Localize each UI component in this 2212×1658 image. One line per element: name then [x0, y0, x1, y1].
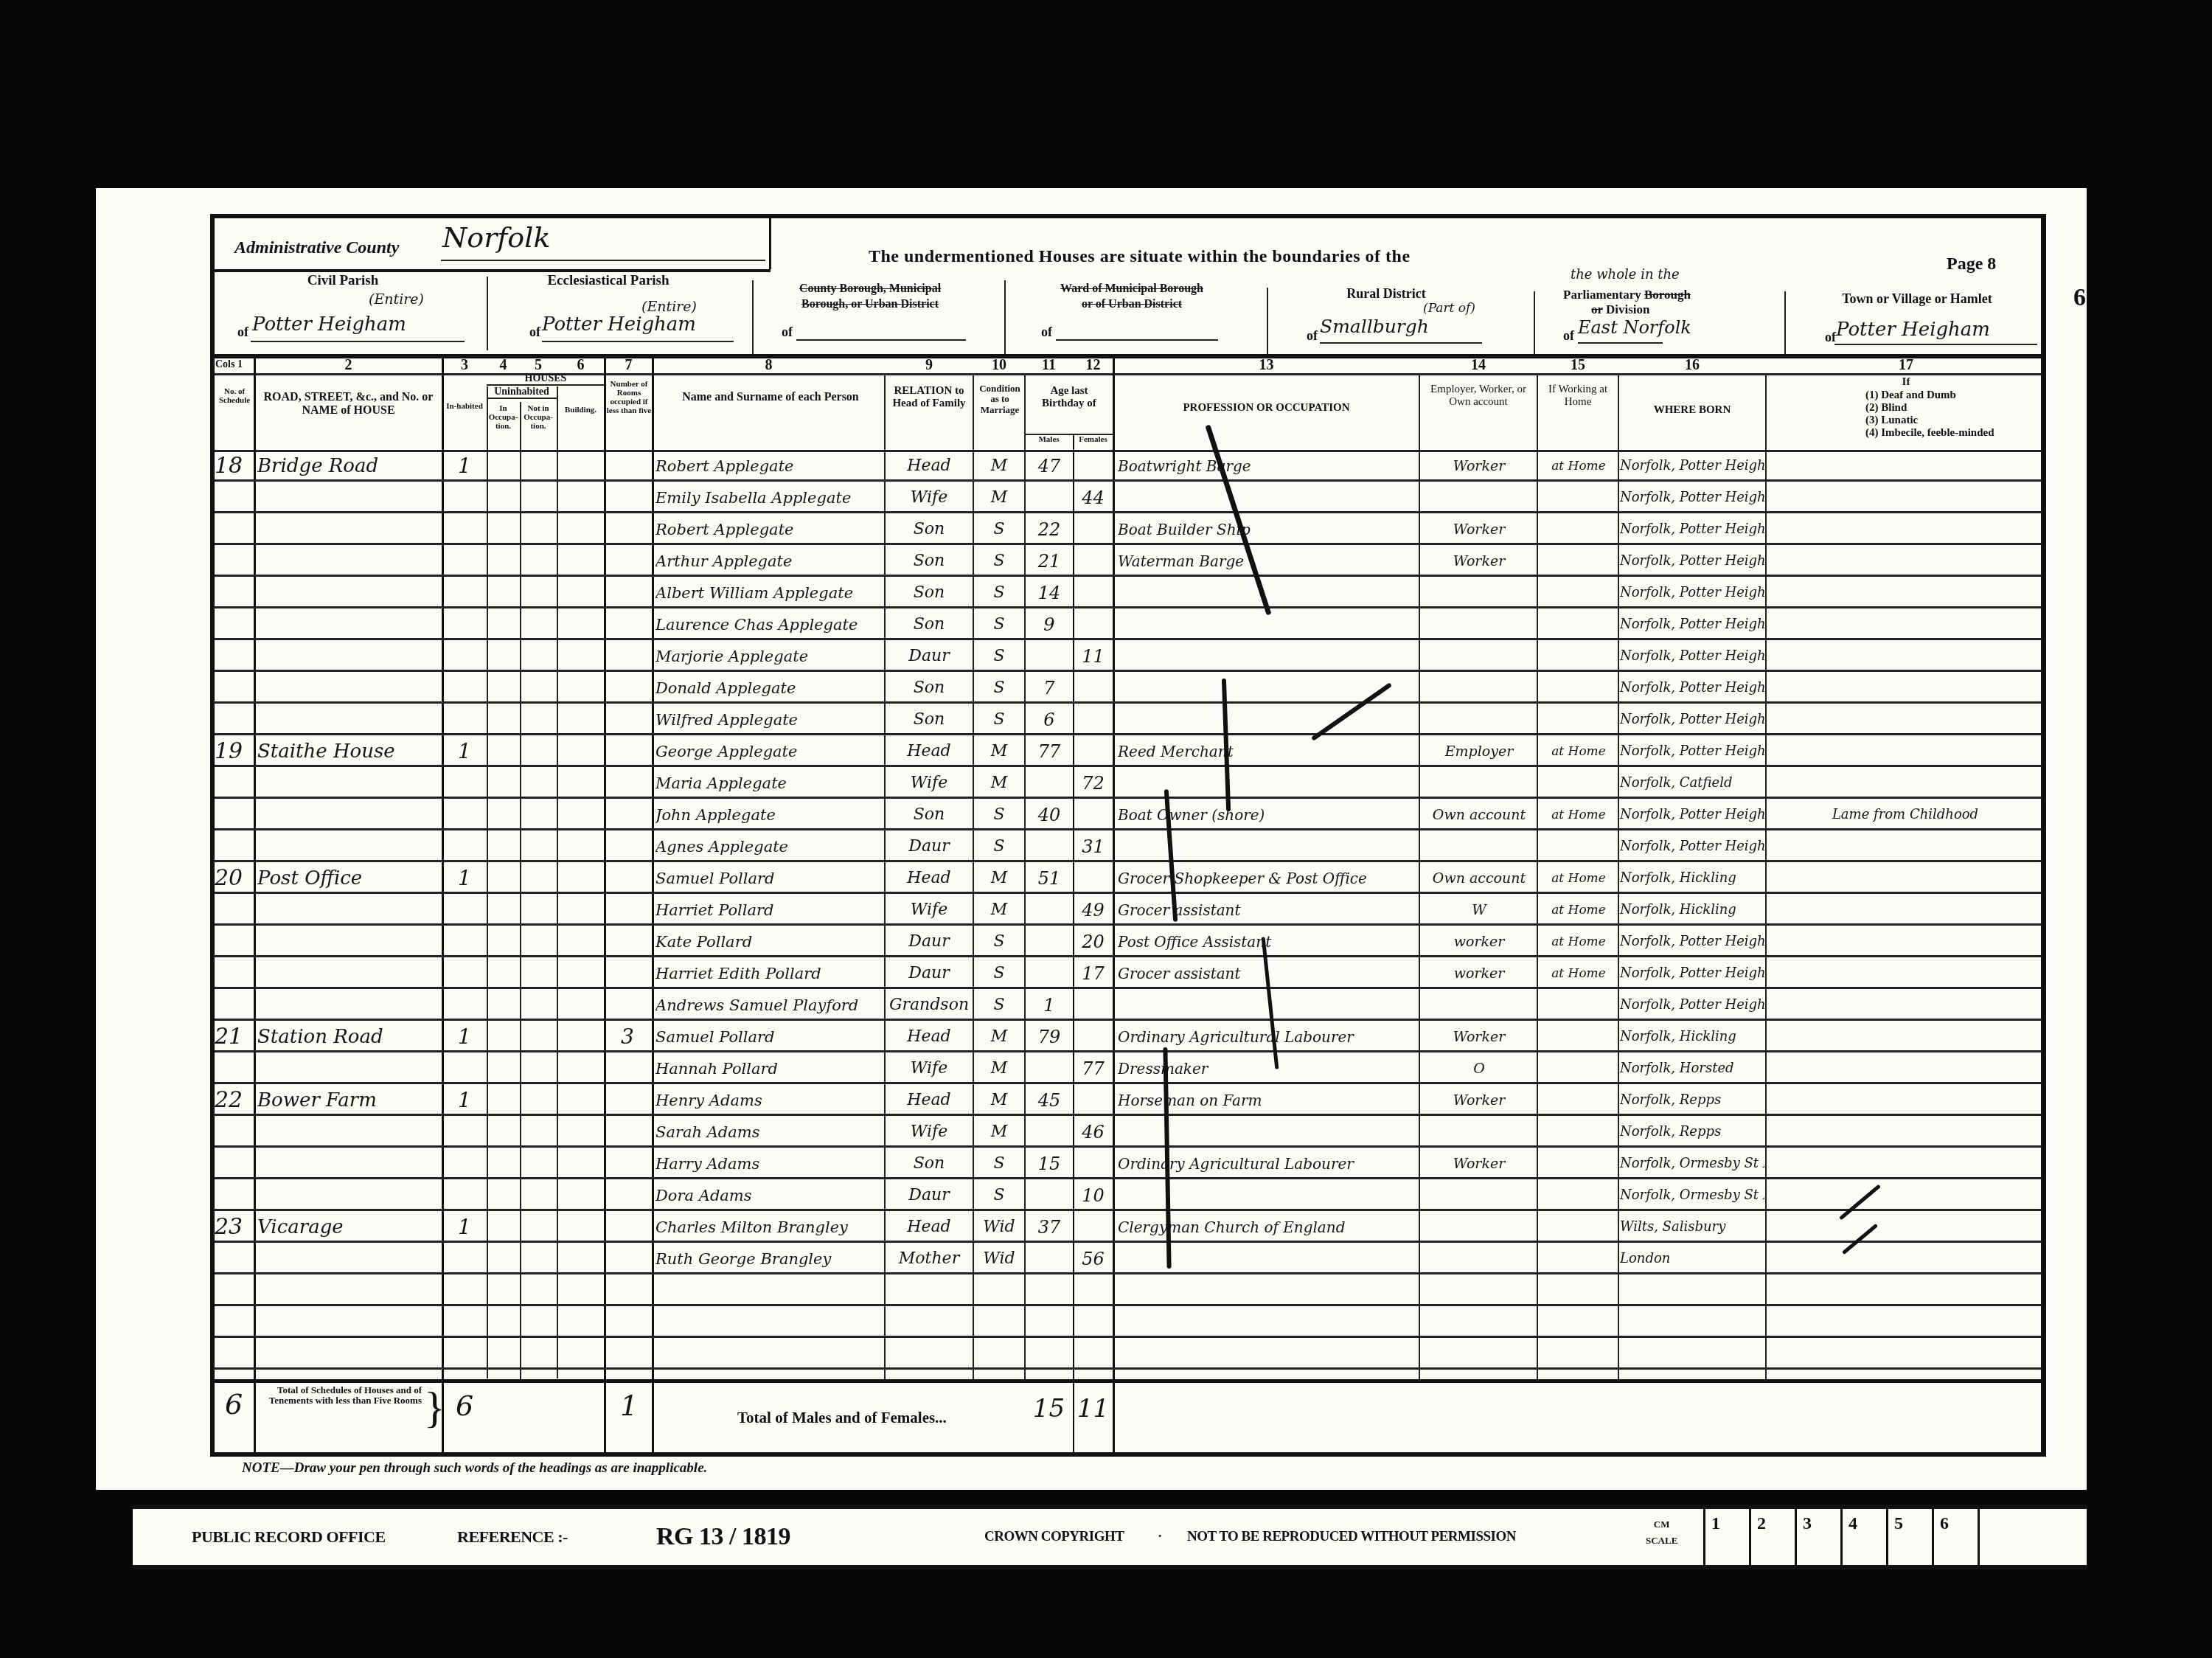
cell-rooms: [605, 1182, 650, 1210]
cell-employment: [1421, 991, 1537, 1019]
cell-schedule: 23: [215, 1213, 254, 1241]
cell-name: Harriet Edith Pollard: [655, 960, 880, 988]
cell-employment: [1421, 833, 1537, 861]
cell-occupation: [1118, 1245, 1416, 1273]
cell-inhabited: [443, 1055, 486, 1083]
cell-age-f: 72: [1074, 769, 1113, 797]
cell-infirmity: [1769, 1308, 2042, 1336]
scale-label-scale: SCALE: [1646, 1533, 1677, 1549]
scale-mark: 4: [1840, 1509, 1885, 1565]
cell-age-f: [1074, 1277, 1113, 1305]
colnum-3: 3: [442, 357, 487, 374]
cell-relation: Grandson: [886, 991, 973, 1019]
cell-inhabited: 1: [443, 1086, 486, 1114]
table-row: Donald ApplegateSonS7Norfolk, Potter Hei…: [215, 673, 2042, 704]
cell-born: Norfolk, Repps: [1620, 1118, 1764, 1146]
footer-office: PUBLIC RECORD OFFICE: [192, 1509, 386, 1565]
cell-name: Albert William Applegate: [655, 579, 880, 607]
cell-age-f: [1074, 1308, 1113, 1336]
cell-address: Bridge Road: [257, 452, 442, 480]
cell-age-f: 11: [1074, 642, 1113, 670]
cell-address: [257, 928, 442, 956]
col-header-infirmity-if: If: [1766, 376, 2046, 389]
cell-name: Andrews Samuel Playford: [655, 991, 880, 1019]
cell-at-home: [1539, 1277, 1618, 1305]
cell-age-f: [1074, 1340, 1113, 1368]
cell-schedule: [215, 516, 254, 544]
cell-age-f: 20: [1074, 928, 1113, 956]
cell-relation: Daur: [886, 833, 973, 861]
cell-occupation: Post Office Assistant: [1118, 928, 1416, 956]
cell-at-home: [1539, 1182, 1618, 1210]
cell-age-f: [1074, 738, 1113, 766]
cell-inhabited: [443, 516, 486, 544]
header-divider: [1534, 291, 1535, 354]
cell-born: Norfolk, Potter Heigham: [1620, 991, 1764, 1019]
cell-address: [257, 1150, 442, 1178]
cell-at-home: [1539, 579, 1618, 607]
cell-occupation: Boatwright Barge: [1118, 452, 1416, 480]
cell-infirmity: [1769, 547, 2042, 575]
county-borough-underline: [796, 339, 966, 341]
cell-born: Norfolk, Ormesby St Michael: [1620, 1150, 1764, 1178]
cell-occupation: Ordinary Agricultural Labourer: [1118, 1023, 1416, 1051]
parliamentary-label-2: or Division: [1591, 302, 1650, 317]
persons-total-label: Total of Males and of Females...: [737, 1409, 947, 1427]
cell-schedule: [215, 1308, 254, 1336]
cell-address: [257, 1277, 442, 1305]
cell-inhabited: [443, 1150, 486, 1178]
cell-condition: S: [974, 1182, 1024, 1210]
parliamentary-label-1: Parliamentary Borough: [1563, 288, 1691, 302]
cell-name: Robert Applegate: [655, 516, 880, 544]
footer-permission: NOT TO BE REPRODUCED WITHOUT PERMISSION: [1187, 1509, 1516, 1565]
cell-condition: [974, 1308, 1024, 1336]
table-row: Emily Isabella ApplegateWifeM44Norfolk, …: [215, 482, 2042, 513]
eccl-parish-prefix: of: [529, 325, 540, 340]
colnum-14: 14: [1419, 357, 1537, 374]
schedules-total-label: Total of Schedules of Houses and of Tene…: [258, 1385, 422, 1406]
cell-infirmity: [1769, 738, 2042, 766]
header-rule: [215, 269, 771, 272]
col-header-inhabited: In-habited: [442, 402, 487, 411]
cell-at-home: [1539, 611, 1618, 639]
cell-age-f: [1074, 864, 1113, 892]
cell-rooms: [605, 1213, 650, 1241]
cell-schedule: [215, 801, 254, 829]
cell-rooms: [605, 864, 650, 892]
cell-rooms: [605, 1118, 650, 1146]
cell-rooms: [605, 516, 650, 544]
cell-rooms: [605, 928, 650, 956]
cell-born: Norfolk, Potter Heigham: [1620, 706, 1764, 734]
cell-address: [257, 674, 442, 702]
cell-inhabited: [443, 706, 486, 734]
cell-name: [655, 1340, 880, 1368]
cell-age-f: [1074, 579, 1113, 607]
scale-mark: 6: [1932, 1509, 1976, 1565]
cell-infirmity: [1769, 516, 2042, 544]
cell-condition: S: [974, 579, 1024, 607]
infirmity-option-2: (2) Blind: [1865, 402, 1994, 414]
cell-rooms: [605, 1277, 650, 1305]
page-label-text: Page: [1947, 254, 1983, 274]
cell-inhabited: [443, 642, 486, 670]
cell-occupation: [1118, 1277, 1416, 1305]
county-borough-prefix: of: [782, 325, 793, 340]
cell-at-home: [1539, 547, 1618, 575]
cell-inhabited: [443, 547, 486, 575]
cell-address: [257, 833, 442, 861]
cell-rooms: [605, 769, 650, 797]
cell-name: Henry Adams: [655, 1086, 880, 1114]
col-header-schedule: No. of Schedule: [215, 387, 254, 405]
cell-name: [655, 1308, 880, 1336]
cell-name: Hannah Pollard: [655, 1055, 880, 1083]
cell-condition: M: [974, 896, 1024, 924]
rural-district-note: (Part of): [1423, 301, 1475, 316]
cell-age-m: 1: [1026, 991, 1073, 1019]
cell-rooms: [605, 611, 650, 639]
cell-age-m: 21: [1026, 547, 1073, 575]
colnum-1: Cols 1: [215, 359, 243, 371]
cell-age-f: [1074, 611, 1113, 639]
cell-address: [257, 1182, 442, 1210]
table-row: 23Vicarage1Charles Milton BrangleyHeadWi…: [215, 1212, 2042, 1243]
cell-inhabited: [443, 960, 486, 988]
county-borough-label-2: Borough, or Urban District: [759, 298, 981, 311]
cell-at-home: at Home: [1539, 452, 1618, 480]
table-row: 18Bridge Road1Robert ApplegateHeadM47Boa…: [215, 451, 2042, 482]
cell-schedule: [215, 1055, 254, 1083]
cell-age-m: [1026, 960, 1073, 988]
cell-rooms: [605, 1340, 650, 1368]
cell-name: Sarah Adams: [655, 1118, 880, 1146]
town-underline: [1834, 344, 2037, 345]
cell-schedule: [215, 896, 254, 924]
cell-infirmity: [1769, 452, 2042, 480]
cell-schedule: [215, 1245, 254, 1273]
cell-name: Samuel Pollard: [655, 1023, 880, 1051]
scale-label: CM SCALE: [1646, 1516, 1677, 1549]
cell-infirmity: [1769, 1118, 2042, 1146]
colnum-7: 7: [605, 357, 653, 374]
cell-born: Norfolk, Potter Heigham: [1620, 928, 1764, 956]
cell-schedule: [215, 960, 254, 988]
cell-age-m: 79: [1026, 1023, 1073, 1051]
cell-at-home: [1539, 1150, 1618, 1178]
cell-age-m: [1026, 1245, 1073, 1273]
colnum-15: 15: [1537, 357, 1618, 374]
cell-address: [257, 801, 442, 829]
cell-employment: Own account: [1421, 864, 1537, 892]
cell-employment: [1421, 1182, 1537, 1210]
table-row: Dora AdamsDaurS10Norfolk, Ormesby St Mic…: [215, 1180, 2042, 1211]
cell-condition: S: [974, 706, 1024, 734]
cell-infirmity: [1769, 484, 2042, 512]
cell-rooms: [605, 738, 650, 766]
cell-relation: Head: [886, 452, 973, 480]
col-header-males: Males: [1025, 434, 1073, 444]
cell-employment: worker: [1421, 928, 1537, 956]
cell-name: Agnes Applegate: [655, 833, 880, 861]
cell-schedule: [215, 991, 254, 1019]
cell-employment: O: [1421, 1055, 1537, 1083]
cell-born: Norfolk, Potter Heigham: [1620, 960, 1764, 988]
cell-at-home: [1539, 1245, 1618, 1273]
header-divider: [1267, 288, 1268, 354]
scale-mark: 3: [1795, 1509, 1839, 1565]
col-header-not-in-occupation: Not in Occupa-tion.: [520, 404, 557, 431]
cell-age-m: 9: [1026, 611, 1073, 639]
cell-inhabited: [443, 611, 486, 639]
cell-at-home: at Home: [1539, 960, 1618, 988]
cell-rooms: [605, 674, 650, 702]
cell-schedule: [215, 769, 254, 797]
cell-rooms: [605, 1308, 650, 1336]
cell-age-f: 17: [1074, 960, 1113, 988]
cell-age-m: 22: [1026, 516, 1073, 544]
cell-employment: Worker: [1421, 547, 1537, 575]
civil-parish-prefix: of: [237, 325, 248, 340]
col-header-where-born: WHERE BORN: [1618, 404, 1766, 417]
cell-at-home: [1539, 1340, 1618, 1368]
cell-schedule: [215, 1277, 254, 1305]
cell-born: Norfolk, Hickling: [1620, 864, 1764, 892]
folio-number: 6: [2073, 284, 2086, 312]
cell-relation: Son: [886, 516, 973, 544]
cell-employment: worker: [1421, 960, 1537, 988]
cell-condition: M: [974, 484, 1024, 512]
cell-rooms: [605, 642, 650, 670]
cell-infirmity: [1769, 864, 2042, 892]
cell-condition: S: [974, 674, 1024, 702]
cell-inhabited: [443, 484, 486, 512]
cell-schedule: [215, 579, 254, 607]
table-row: Hannah PollardWifeM77DressmakerONorfolk,…: [215, 1053, 2042, 1084]
cell-employment: Worker: [1421, 452, 1537, 480]
cell-at-home: [1539, 833, 1618, 861]
cell-address: [257, 1308, 442, 1336]
scale-mark: 2: [1749, 1509, 1793, 1565]
cell-age-f: [1074, 516, 1113, 544]
cell-at-home: [1539, 1118, 1618, 1146]
cell-name: Donald Applegate: [655, 674, 880, 702]
table-row: Agnes ApplegateDaurS31Norfolk, Potter He…: [215, 831, 2042, 862]
cell-infirmity: [1769, 769, 2042, 797]
cell-rooms: [605, 833, 650, 861]
cell-age-m: 51: [1026, 864, 1073, 892]
cell-inhabited: [443, 769, 486, 797]
cell-occupation: [1118, 1340, 1416, 1368]
table-row: Robert ApplegateSonS22Boat Builder ShipW…: [215, 514, 2042, 545]
cell-name: Charles Milton Brangley: [655, 1213, 880, 1241]
infirmity-option-4: (4) Imbecile, feeble-minded: [1865, 427, 1994, 440]
cell-occupation: [1118, 484, 1416, 512]
table-row: 21Station Road13Samuel PollardHeadM79Ord…: [215, 1021, 2042, 1052]
cell-at-home: [1539, 1055, 1618, 1083]
cell-employment: [1421, 484, 1537, 512]
cell-name: Robert Applegate: [655, 452, 880, 480]
cell-occupation: Grocer Shopkeeper & Post Office: [1118, 864, 1416, 892]
cell-occupation: [1118, 706, 1416, 734]
cell-employment: [1421, 642, 1537, 670]
header-divider: [752, 280, 754, 354]
table-row: [215, 1339, 2042, 1370]
cell-occupation: Boat Builder Ship: [1118, 516, 1416, 544]
cell-born: Norfolk, Potter Heigham: [1620, 833, 1764, 861]
rural-district-underline: [1320, 342, 1482, 344]
cell-address: [257, 484, 442, 512]
cell-age-m: [1026, 642, 1073, 670]
colnum-4: 4: [487, 357, 520, 374]
cell-condition: S: [974, 960, 1024, 988]
civil-parish-value: Potter Heigham: [252, 313, 406, 336]
cell-at-home: [1539, 706, 1618, 734]
cell-condition: S: [974, 611, 1024, 639]
town-label: Town or Village or Hamlet: [1799, 291, 2035, 307]
cell-infirmity: [1769, 991, 2042, 1019]
cell-age-m: 37: [1026, 1213, 1073, 1241]
cell-age-f: 31: [1074, 833, 1113, 861]
cell-age-m: [1026, 896, 1073, 924]
cell-relation: Son: [886, 579, 973, 607]
footer-separator: ·: [1158, 1509, 1162, 1565]
cell-schedule: [215, 928, 254, 956]
cell-employment: [1421, 1245, 1537, 1273]
cell-name: Arthur Applegate: [655, 547, 880, 575]
col-header-address: ROAD, STREET, &c., and No. or NAME of HO…: [258, 391, 439, 417]
cell-age-f: 56: [1074, 1245, 1113, 1273]
colnum-17: 17: [1766, 357, 2046, 374]
table-row: John ApplegateSonS40Boat Owner (shore)Ow…: [215, 799, 2042, 830]
header-divider: [1784, 291, 1786, 354]
cell-infirmity: [1769, 928, 2042, 956]
cell-occupation: Horseman on Farm: [1118, 1086, 1416, 1114]
cell-condition: S: [974, 928, 1024, 956]
cell-relation: Wife: [886, 484, 973, 512]
cell-rooms: [605, 1086, 650, 1114]
cell-employment: Worker: [1421, 516, 1537, 544]
col-header-name: Name and Surname of each Person: [678, 391, 863, 404]
cell-age-m: 45: [1026, 1086, 1073, 1114]
table-row: [215, 1275, 2042, 1306]
cell-age-f: [1074, 674, 1113, 702]
cell-rooms: 3: [605, 1023, 650, 1051]
cell-name: Samuel Pollard: [655, 864, 880, 892]
table-row: Ruth George BrangleyMotherWid56London: [215, 1243, 2042, 1274]
cell-at-home: [1539, 1213, 1618, 1241]
col-header-building: Building.: [557, 406, 605, 414]
cell-infirmity: [1769, 960, 2042, 988]
cell-name: Wilfred Applegate: [655, 706, 880, 734]
header-divider: [769, 218, 771, 269]
cell-relation: Wife: [886, 896, 973, 924]
cell-name: John Applegate: [655, 801, 880, 829]
cell-born: Norfolk, Repps: [1620, 1086, 1764, 1114]
cell-relation: Daur: [886, 1182, 973, 1210]
cell-employment: Own account: [1421, 801, 1537, 829]
colnum-5: 5: [520, 357, 557, 374]
cell-at-home: [1539, 991, 1618, 1019]
cell-inhabited: 1: [443, 452, 486, 480]
cell-born: Norfolk, Horsted: [1620, 1055, 1764, 1083]
cell-relation: Head: [886, 864, 973, 892]
cell-relation: Daur: [886, 642, 973, 670]
cell-employment: [1421, 1340, 1537, 1368]
cell-address: [257, 960, 442, 988]
cell-rooms: [605, 547, 650, 575]
cell-age-m: [1026, 1118, 1073, 1146]
cell-condition: M: [974, 769, 1024, 797]
cell-age-f: 77: [1074, 1055, 1113, 1083]
parliamentary-prefix: of: [1563, 328, 1574, 344]
cell-condition: M: [974, 452, 1024, 480]
eccl-parish-label: Ecclesiastical Parish: [501, 273, 715, 289]
inhabited-total: 6: [442, 1390, 487, 1422]
cell-address: [257, 516, 442, 544]
cell-inhabited: [443, 1277, 486, 1305]
col-header-age: Age last Birthday of: [1029, 385, 1110, 409]
cell-schedule: 20: [215, 864, 254, 892]
cell-inhabited: [443, 833, 486, 861]
cell-born: Norfolk, Potter Heigham: [1620, 547, 1764, 575]
cell-occupation: [1118, 1182, 1416, 1210]
cell-born: Norfolk, Potter Heigham: [1620, 611, 1764, 639]
cell-relation: Son: [886, 801, 973, 829]
cell-condition: Wid: [974, 1213, 1024, 1241]
cell-condition: Wid: [974, 1245, 1024, 1273]
page-label: Page 8: [1947, 254, 1996, 274]
cell-infirmity: [1769, 1055, 2042, 1083]
scale-mark: 1: [1703, 1509, 1747, 1565]
cell-age-m: [1026, 928, 1073, 956]
cell-relation: Son: [886, 547, 973, 575]
cell-age-m: [1026, 769, 1073, 797]
cell-age-f: [1074, 1213, 1113, 1241]
cell-address: [257, 642, 442, 670]
cell-address: [257, 1245, 442, 1273]
table-row: Marjorie ApplegateDaurS11Norfolk, Potter…: [215, 641, 2042, 672]
table-row: 20Post Office1Samuel PollardHeadM51Groce…: [215, 863, 2042, 894]
cell-age-f: [1074, 991, 1113, 1019]
cell-at-home: [1539, 1308, 1618, 1336]
cell-rooms: [605, 960, 650, 988]
cell-schedule: [215, 484, 254, 512]
table-row: 19Staithe House1George ApplegateHeadM77R…: [215, 736, 2042, 767]
cell-condition: S: [974, 801, 1024, 829]
cell-address: [257, 896, 442, 924]
cell-born: Norfolk, Potter Heigham: [1620, 516, 1764, 544]
cell-at-home: at Home: [1539, 801, 1618, 829]
cell-schedule: [215, 1182, 254, 1210]
ward-label-2: or of Urban District: [1010, 298, 1253, 311]
cell-name: Harriet Pollard: [655, 896, 880, 924]
cell-address: [257, 706, 442, 734]
cell-employment: [1421, 579, 1537, 607]
cell-inhabited: [443, 801, 486, 829]
footer-reference-label: REFERENCE :-: [457, 1509, 568, 1565]
cell-born: Norfolk, Potter Heigham: [1620, 642, 1764, 670]
cell-condition: M: [974, 1086, 1024, 1114]
cell-relation: Son: [886, 1150, 973, 1178]
cell-relation: Head: [886, 1213, 973, 1241]
cell-age-m: [1026, 1308, 1073, 1336]
schedules-total: 6: [214, 1388, 254, 1421]
cell-rooms: [605, 1055, 650, 1083]
cell-inhabited: [443, 1118, 486, 1146]
cell-rooms: [605, 801, 650, 829]
